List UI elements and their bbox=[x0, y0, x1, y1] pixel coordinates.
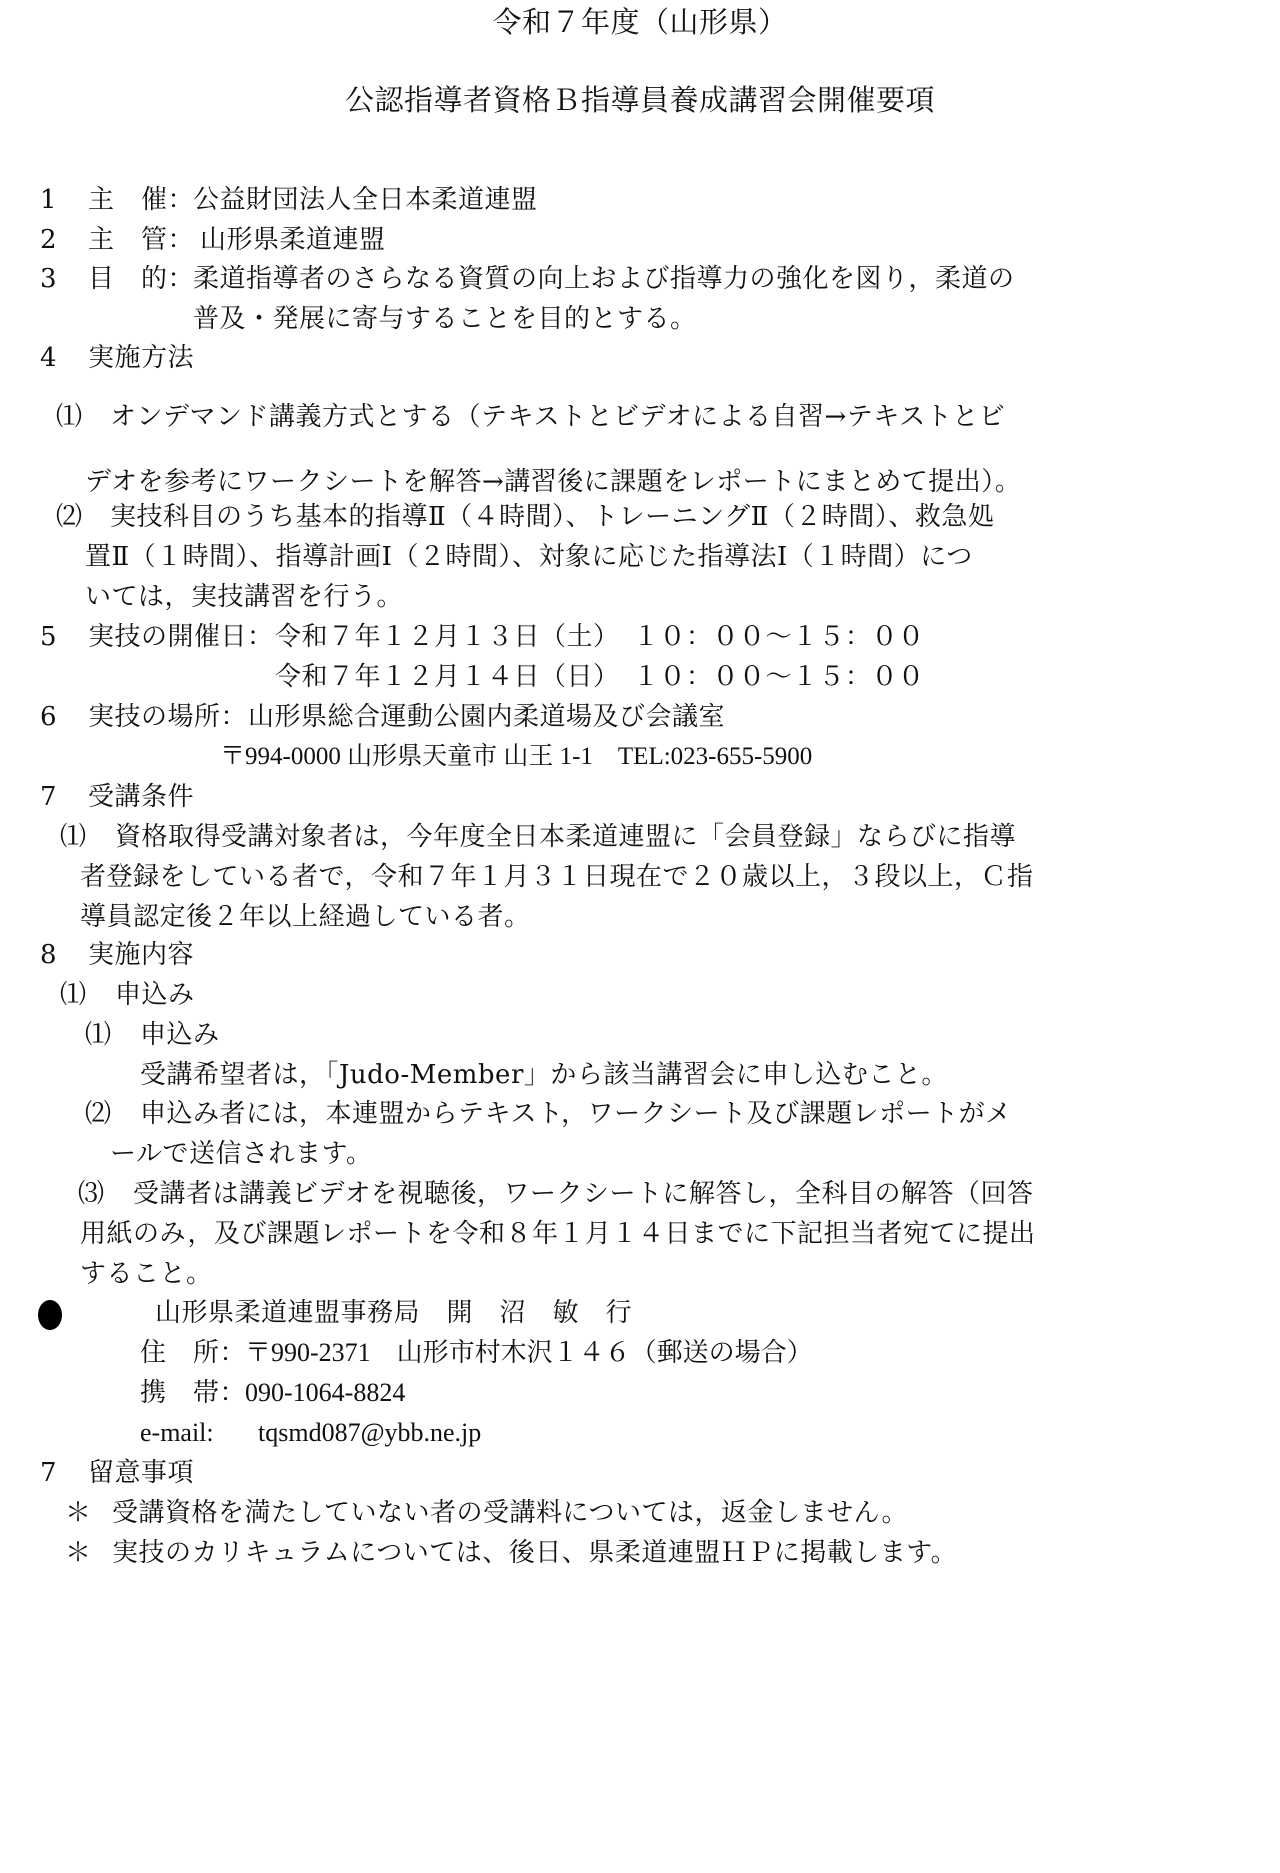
bullet-icon bbox=[38, 1300, 62, 1330]
document-year-title: 令和７年度（山形県） bbox=[0, 2, 1280, 42]
item-label: 申込み bbox=[115, 978, 195, 1012]
section-number: 7 bbox=[40, 780, 57, 814]
section-number: 7 bbox=[40, 1456, 57, 1490]
note-marker: ＊ bbox=[65, 1536, 92, 1570]
venue-name: 山形県総合運動公園内柔道場及び会議室 bbox=[248, 700, 725, 734]
item-text-line: 実技科目のうち基本的指導Ⅱ（４時間）、トレーニングⅡ（２時間）、救急処 bbox=[110, 500, 994, 534]
section-text: 山形県柔道連盟 bbox=[200, 223, 386, 257]
section-number: 6 bbox=[40, 700, 57, 734]
contact-mobile-label: 携 帯： bbox=[140, 1376, 246, 1410]
item-text-line: 置Ⅱ（１時間）、指導計画Ⅰ（２時間）、対象に応じた指導法Ⅰ（１時間）につ bbox=[85, 540, 973, 574]
contact-address-label: 住 所： bbox=[140, 1336, 246, 1370]
section-label: 受講条件 bbox=[88, 780, 194, 814]
item-text-line: ールで送信されます。 bbox=[110, 1137, 372, 1171]
contact-email-link[interactable]: tqsmd087@ybb.ne.jp bbox=[258, 1416, 481, 1450]
section-label: 主 催： bbox=[88, 183, 194, 217]
section-text-line: 普及・発展に寄与することを目的とする。 bbox=[193, 302, 697, 336]
item-text-line: 導員認定後２年以上経過している者。 bbox=[80, 900, 531, 934]
item-text-line: オンデマンド講義方式とする（テキストとビデオによる自習→テキストとビ bbox=[110, 400, 1005, 434]
item-marker: ⑴ bbox=[60, 978, 87, 1012]
item-marker: ⑶ bbox=[78, 1177, 105, 1211]
section-number: 1 bbox=[40, 183, 57, 217]
item-text-line: いては，実技講習を行う。 bbox=[85, 580, 403, 614]
section-text: 公益財団法人全日本柔道連盟 bbox=[193, 183, 538, 217]
item-marker: ⑵ bbox=[56, 500, 83, 534]
note-text: 受講資格を満たしていない者の受講料については，返金しません。 bbox=[112, 1496, 908, 1530]
application-instruction: 受講希望者は，「Judo-Member」から該当講習会に申し込むこと。 bbox=[140, 1058, 948, 1092]
item-text-line: 用紙のみ，及び課題レポートを令和８年１月１４日までに下記担当者宛てに提出 bbox=[80, 1217, 1036, 1251]
section-label: 実施内容 bbox=[88, 938, 194, 972]
section-label: 目 的： bbox=[88, 262, 194, 296]
note-text: 実技のカリキュラムについては、後日、県柔道連盟ＨＰに掲載します。 bbox=[112, 1536, 957, 1570]
item-marker: ⑴ bbox=[60, 820, 87, 854]
item-marker: ⑴ bbox=[85, 1018, 112, 1052]
contact-office: 山形県柔道連盟事務局 開 沼 敏 行 bbox=[155, 1296, 632, 1330]
contact-mobile: 090-1064-8824 bbox=[245, 1376, 405, 1410]
date-line: 令和７年１２月１４日（日） １０：００～１５：００ bbox=[275, 660, 925, 694]
contact-address: 〒990-2371 山形市村木沢１４６（郵送の場合） bbox=[245, 1336, 813, 1370]
item-text-line: 受講者は講義ビデオを視聴後，ワークシートに解答し，全科目の解答（回答 bbox=[133, 1177, 1033, 1211]
section-label: 実技の開催日： bbox=[88, 620, 274, 654]
section-label: 実施方法 bbox=[88, 341, 194, 375]
item-label: 申込み bbox=[140, 1018, 220, 1052]
section-label: 主 管： bbox=[88, 223, 194, 257]
item-text-line: 資格取得受講対象者は，今年度全日本柔道連盟に「会員登録」ならびに指導 bbox=[115, 820, 1016, 854]
item-marker: ⑴ bbox=[56, 400, 83, 434]
section-number: 5 bbox=[40, 620, 57, 654]
section-number: 8 bbox=[40, 938, 57, 972]
section-label: 実技の場所： bbox=[88, 700, 247, 734]
item-text-line: 者登録をしている者で，令和７年１月３１日現在で２０歳以上，３段以上，Ｃ指 bbox=[80, 860, 1033, 894]
contact-email-label: e-mail: bbox=[140, 1416, 214, 1450]
item-marker: ⑵ bbox=[85, 1097, 112, 1131]
section-label: 留意事項 bbox=[88, 1456, 194, 1490]
date-line: 令和７年１２月１３日（土） １０：００～１５：００ bbox=[275, 620, 925, 654]
item-text-line: デオを参考にワークシートを解答→講習後に課題をレポートにまとめて提出）。 bbox=[85, 465, 1021, 499]
section-text-line: 柔道指導者のさらなる資質の向上および指導力の強化を図り，柔道の bbox=[193, 262, 1015, 296]
item-text-line: 申込み者には，本連盟からテキスト，ワークシート及び課題レポートがメ bbox=[140, 1097, 1012, 1131]
note-marker: ＊ bbox=[65, 1496, 92, 1530]
venue-address: 〒994-0000 山形県天童市 山王 1-1 TEL:023-655-5900 bbox=[220, 740, 812, 774]
document-page: 令和７年度（山形県） 公認指導者資格Ｂ指導員養成講習会開催要項 1 主 催： 公… bbox=[0, 0, 1280, 1873]
section-number: 3 bbox=[40, 262, 57, 296]
document-main-title: 公認指導者資格Ｂ指導員養成講習会開催要項 bbox=[0, 80, 1280, 120]
section-number: 4 bbox=[40, 341, 57, 375]
section-number: 2 bbox=[40, 223, 57, 257]
item-text-line: すること。 bbox=[80, 1257, 213, 1291]
